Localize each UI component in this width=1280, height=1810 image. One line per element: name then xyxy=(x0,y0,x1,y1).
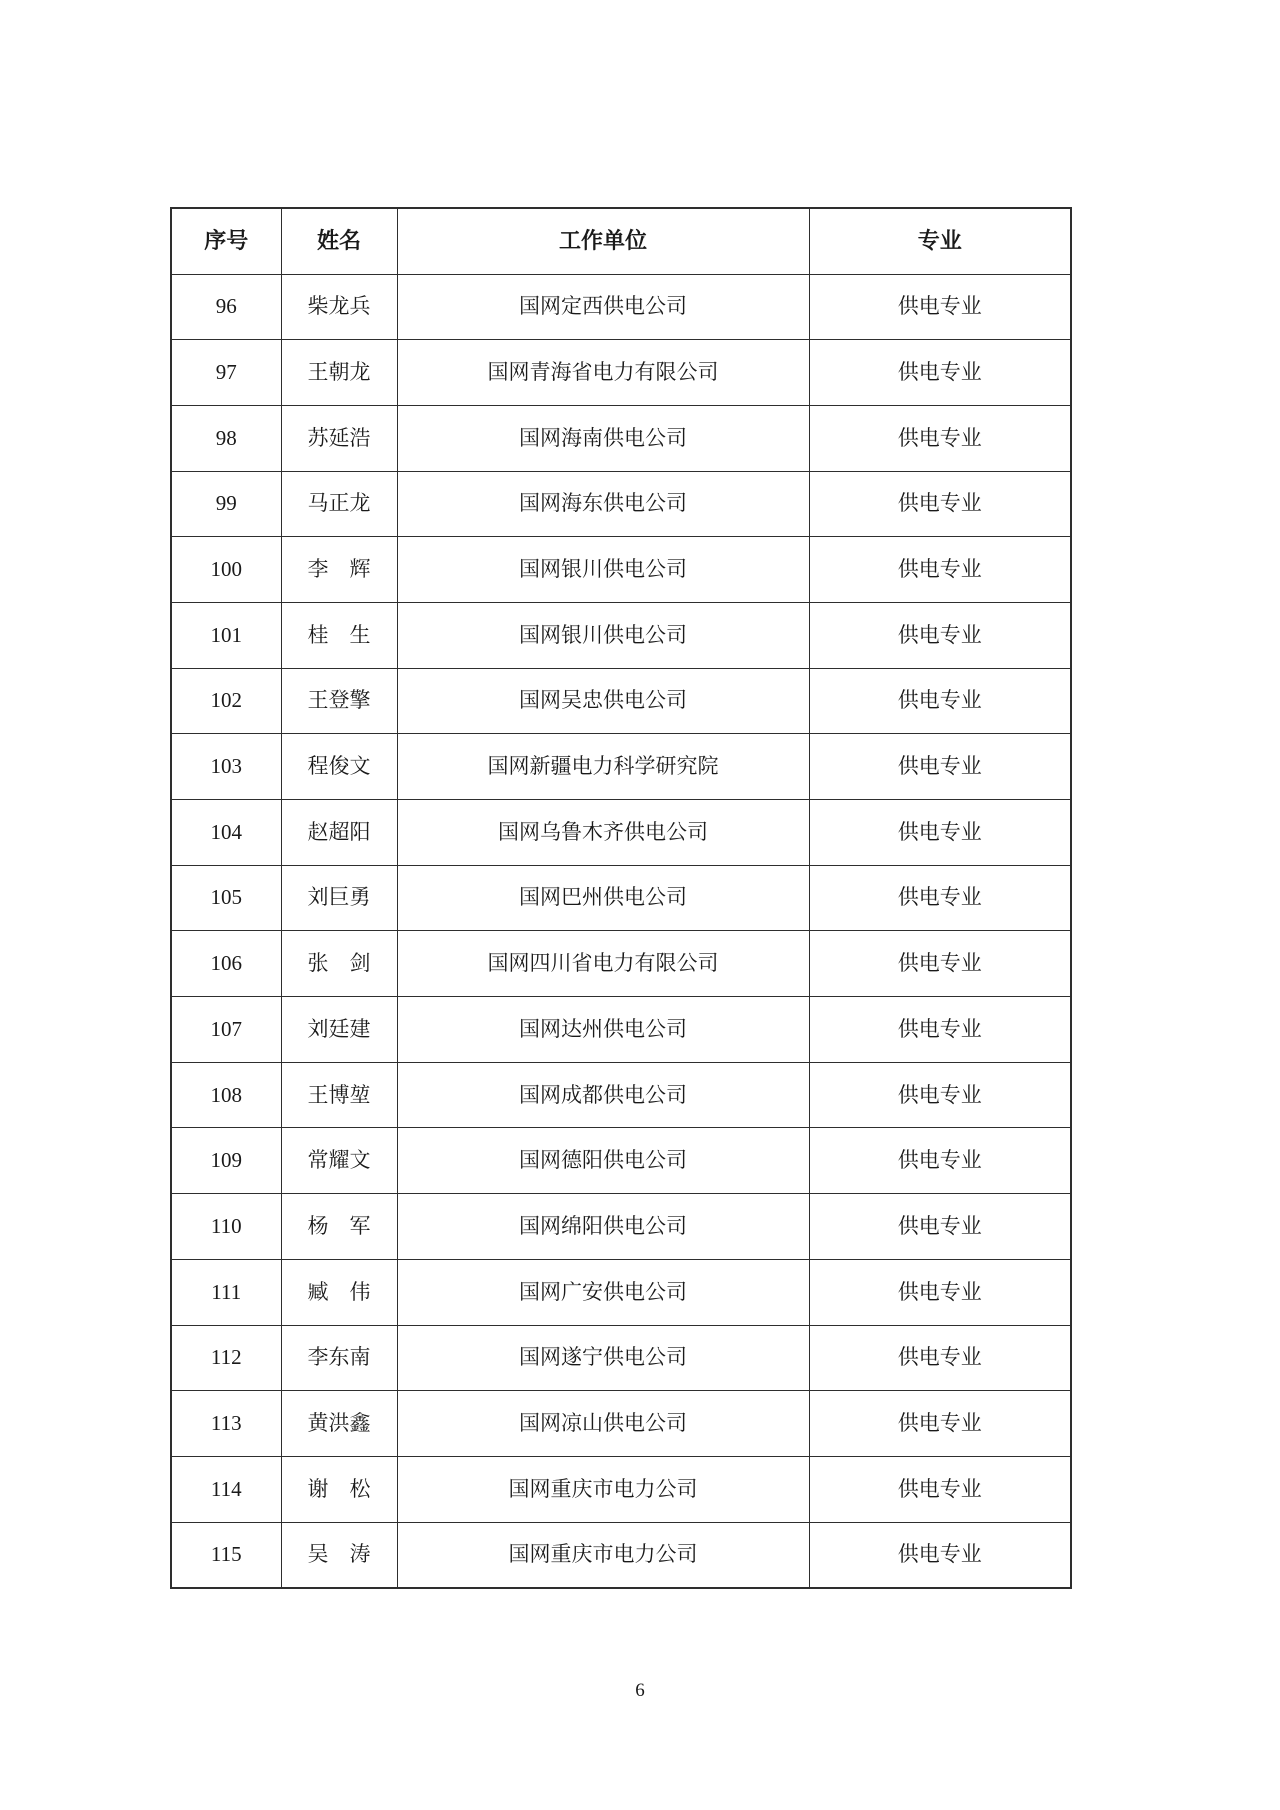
name-cell: 刘廷建 xyxy=(281,997,397,1063)
table-row: 114谢 松国网重庆市电力公司供电专业 xyxy=(171,1456,1071,1522)
table-row: 109常耀文国网德阳供电公司供电专业 xyxy=(171,1128,1071,1194)
name-cell: 谢 松 xyxy=(281,1456,397,1522)
table-row: 104赵超阳国网乌鲁木齐供电公司供电专业 xyxy=(171,800,1071,866)
name-cell: 程俊文 xyxy=(281,734,397,800)
table-row: 112李东南国网遂宁供电公司供电专业 xyxy=(171,1325,1071,1391)
major-cell: 供电专业 xyxy=(809,1128,1071,1194)
serial-number-cell: 109 xyxy=(171,1128,281,1194)
serial-number-cell: 110 xyxy=(171,1194,281,1260)
major-cell: 供电专业 xyxy=(809,1062,1071,1128)
work-unit-cell: 国网青海省电力有限公司 xyxy=(397,340,809,406)
serial-number-cell: 101 xyxy=(171,602,281,668)
major-cell: 供电专业 xyxy=(809,1522,1071,1588)
serial-number-cell: 108 xyxy=(171,1062,281,1128)
name-cell: 常耀文 xyxy=(281,1128,397,1194)
name-cell: 黄洪鑫 xyxy=(281,1391,397,1457)
major-cell: 供电专业 xyxy=(809,865,1071,931)
name-cell: 杨 军 xyxy=(281,1194,397,1260)
work-unit-cell: 国网遂宁供电公司 xyxy=(397,1325,809,1391)
work-unit-cell: 国网海南供电公司 xyxy=(397,405,809,471)
name-cell: 王朝龙 xyxy=(281,340,397,406)
serial-number-cell: 102 xyxy=(171,668,281,734)
work-unit-cell: 国网银川供电公司 xyxy=(397,602,809,668)
major-cell: 供电专业 xyxy=(809,1325,1071,1391)
name-cell: 苏延浩 xyxy=(281,405,397,471)
work-unit-cell: 国网巴州供电公司 xyxy=(397,865,809,931)
table-row: 100李 辉国网银川供电公司供电专业 xyxy=(171,537,1071,603)
header-work-unit: 工作单位 xyxy=(397,208,809,274)
table-row: 99马正龙国网海东供电公司供电专业 xyxy=(171,471,1071,537)
major-cell: 供电专业 xyxy=(809,340,1071,406)
table-row: 98苏延浩国网海南供电公司供电专业 xyxy=(171,405,1071,471)
table-row: 106张 剑国网四川省电力有限公司供电专业 xyxy=(171,931,1071,997)
name-cell: 桂 生 xyxy=(281,602,397,668)
table-row: 107刘廷建国网达州供电公司供电专业 xyxy=(171,997,1071,1063)
name-cell: 臧 伟 xyxy=(281,1259,397,1325)
serial-number-cell: 106 xyxy=(171,931,281,997)
table-header: 序号 姓名 工作单位 专业 xyxy=(171,208,1071,274)
work-unit-cell: 国网定西供电公司 xyxy=(397,274,809,340)
name-cell: 王博堃 xyxy=(281,1062,397,1128)
name-cell: 李东南 xyxy=(281,1325,397,1391)
major-cell: 供电专业 xyxy=(809,997,1071,1063)
serial-number-cell: 100 xyxy=(171,537,281,603)
major-cell: 供电专业 xyxy=(809,1259,1071,1325)
work-unit-cell: 国网海东供电公司 xyxy=(397,471,809,537)
major-cell: 供电专业 xyxy=(809,668,1071,734)
table-body: 96柴龙兵国网定西供电公司供电专业97王朝龙国网青海省电力有限公司供电专业98苏… xyxy=(171,274,1071,1588)
major-cell: 供电专业 xyxy=(809,471,1071,537)
work-unit-cell: 国网新疆电力科学研究院 xyxy=(397,734,809,800)
personnel-table: 序号 姓名 工作单位 专业 96柴龙兵国网定西供电公司供电专业97王朝龙国网青海… xyxy=(170,207,1072,1589)
table-row: 111臧 伟国网广安供电公司供电专业 xyxy=(171,1259,1071,1325)
work-unit-cell: 国网重庆市电力公司 xyxy=(397,1522,809,1588)
serial-number-cell: 97 xyxy=(171,340,281,406)
header-row: 序号 姓名 工作单位 专业 xyxy=(171,208,1071,274)
serial-number-cell: 99 xyxy=(171,471,281,537)
work-unit-cell: 国网乌鲁木齐供电公司 xyxy=(397,800,809,866)
major-cell: 供电专业 xyxy=(809,405,1071,471)
work-unit-cell: 国网德阳供电公司 xyxy=(397,1128,809,1194)
table-row: 110杨 军国网绵阳供电公司供电专业 xyxy=(171,1194,1071,1260)
serial-number-cell: 114 xyxy=(171,1456,281,1522)
major-cell: 供电专业 xyxy=(809,1194,1071,1260)
table-row: 113黄洪鑫国网凉山供电公司供电专业 xyxy=(171,1391,1071,1457)
serial-number-cell: 111 xyxy=(171,1259,281,1325)
major-cell: 供电专业 xyxy=(809,602,1071,668)
table-row: 101桂 生国网银川供电公司供电专业 xyxy=(171,602,1071,668)
work-unit-cell: 国网四川省电力有限公司 xyxy=(397,931,809,997)
name-cell: 马正龙 xyxy=(281,471,397,537)
page-number: 6 xyxy=(0,1680,1280,1702)
serial-number-cell: 96 xyxy=(171,274,281,340)
name-cell: 柴龙兵 xyxy=(281,274,397,340)
work-unit-cell: 国网广安供电公司 xyxy=(397,1259,809,1325)
serial-number-cell: 115 xyxy=(171,1522,281,1588)
header-major: 专业 xyxy=(809,208,1071,274)
work-unit-cell: 国网绵阳供电公司 xyxy=(397,1194,809,1260)
serial-number-cell: 105 xyxy=(171,865,281,931)
work-unit-cell: 国网重庆市电力公司 xyxy=(397,1456,809,1522)
major-cell: 供电专业 xyxy=(809,1391,1071,1457)
table-row: 115吴 涛国网重庆市电力公司供电专业 xyxy=(171,1522,1071,1588)
name-cell: 张 剑 xyxy=(281,931,397,997)
serial-number-cell: 104 xyxy=(171,800,281,866)
major-cell: 供电专业 xyxy=(809,931,1071,997)
name-cell: 刘巨勇 xyxy=(281,865,397,931)
name-cell: 吴 涛 xyxy=(281,1522,397,1588)
table-row: 103程俊文国网新疆电力科学研究院供电专业 xyxy=(171,734,1071,800)
serial-number-cell: 113 xyxy=(171,1391,281,1457)
document-page: 序号 姓名 工作单位 专业 96柴龙兵国网定西供电公司供电专业97王朝龙国网青海… xyxy=(0,0,1280,1810)
serial-number-cell: 112 xyxy=(171,1325,281,1391)
serial-number-cell: 107 xyxy=(171,997,281,1063)
work-unit-cell: 国网凉山供电公司 xyxy=(397,1391,809,1457)
work-unit-cell: 国网成都供电公司 xyxy=(397,1062,809,1128)
header-serial-number: 序号 xyxy=(171,208,281,274)
major-cell: 供电专业 xyxy=(809,800,1071,866)
table-row: 96柴龙兵国网定西供电公司供电专业 xyxy=(171,274,1071,340)
major-cell: 供电专业 xyxy=(809,537,1071,603)
serial-number-cell: 98 xyxy=(171,405,281,471)
header-name: 姓名 xyxy=(281,208,397,274)
work-unit-cell: 国网银川供电公司 xyxy=(397,537,809,603)
table-row: 102王登擎国网吴忠供电公司供电专业 xyxy=(171,668,1071,734)
table-row: 108王博堃国网成都供电公司供电专业 xyxy=(171,1062,1071,1128)
work-unit-cell: 国网吴忠供电公司 xyxy=(397,668,809,734)
major-cell: 供电专业 xyxy=(809,734,1071,800)
name-cell: 李 辉 xyxy=(281,537,397,603)
table-row: 105刘巨勇国网巴州供电公司供电专业 xyxy=(171,865,1071,931)
major-cell: 供电专业 xyxy=(809,1456,1071,1522)
name-cell: 赵超阳 xyxy=(281,800,397,866)
name-cell: 王登擎 xyxy=(281,668,397,734)
table-row: 97王朝龙国网青海省电力有限公司供电专业 xyxy=(171,340,1071,406)
serial-number-cell: 103 xyxy=(171,734,281,800)
major-cell: 供电专业 xyxy=(809,274,1071,340)
work-unit-cell: 国网达州供电公司 xyxy=(397,997,809,1063)
